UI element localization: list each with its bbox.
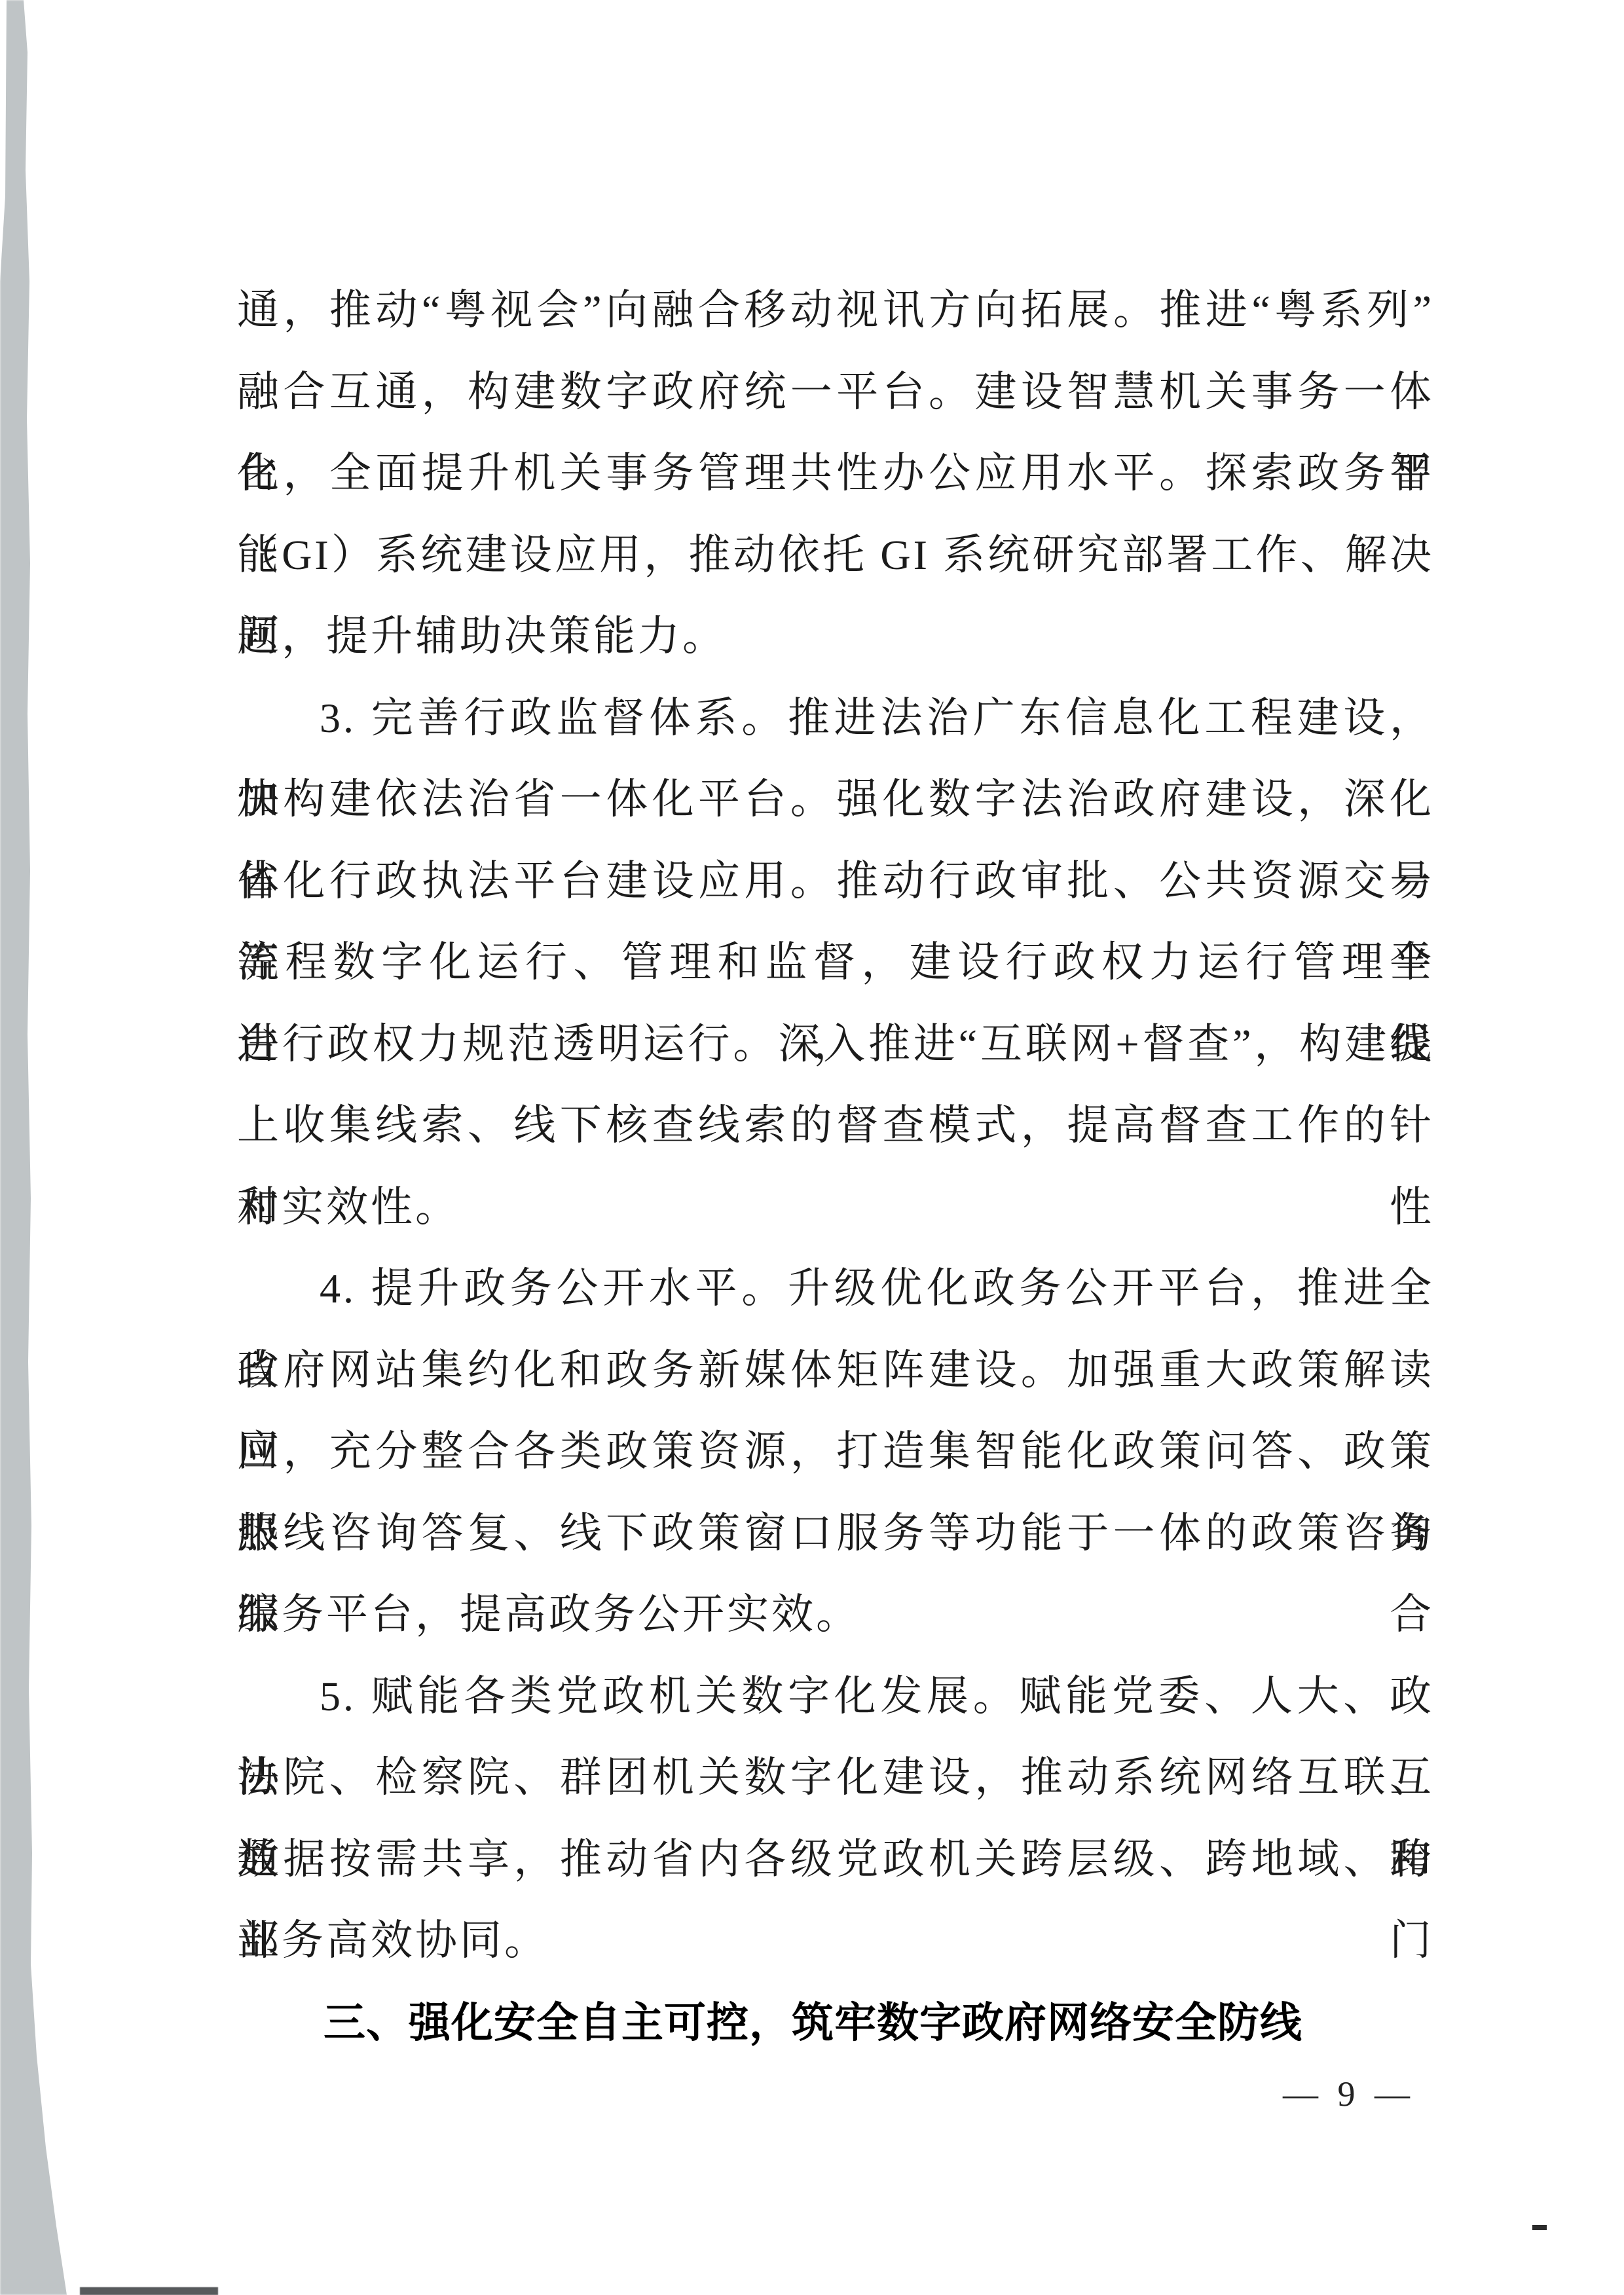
text-line: （GI）系统建设应用，推动依托 GI 系统研究部署工作、解决问 (237, 515, 1434, 597)
section-heading: 三、强化安全自主可控，筑牢数字政府网络安全防线 (237, 1982, 1434, 2064)
text-line: 政府网站集约化和政务新媒体矩阵建设。加强重大政策解读回 (237, 1330, 1434, 1412)
scan-edge-artifact (0, 0, 92, 2295)
text-line: 5. 赋能各类党政机关数字化发展。赋能党委、人大、政协、 (237, 1656, 1434, 1738)
text-line: 台，全面提升机关事务管理共性办公应用水平。探索政务智能 (237, 433, 1434, 515)
text-line: 体化行政执法平台建设应用。推动行政审批、公共资源交易等全 (237, 841, 1434, 923)
text-line: 法院、检察院、群团机关数字化建设，推动系统网络互联互通和 (237, 1737, 1434, 1819)
scan-bottom-artifact (80, 2287, 218, 2295)
text-line: 上收集线索、线下核查线索的督查模式，提高督查工作的针对性 (237, 1085, 1434, 1167)
text-line: 通，推动“粤视会”向融合移动视讯方向拓展。推进“粤系列” (237, 270, 1434, 352)
text-line: 3. 完善行政监督体系。推进法治广东信息化工程建设，加 (237, 678, 1434, 760)
text-line: 题，提升辅助决策能力。 (237, 596, 1434, 678)
text-line: 4. 提升政务公开水平。升级优化政务公开平台，推进全省 (237, 1248, 1434, 1330)
text-line: 数据按需共享，推动省内各级党政机关跨层级、跨地域、跨部门 (237, 1819, 1434, 1901)
text-line: 流程数字化运行、管理和监督，建设行政权力运行管理平台，促 (237, 922, 1434, 1004)
page-number: — 9 — (1270, 2068, 1428, 2120)
text-line: 进行政权力规范透明运行。深入推进“互联网+督查”，构建线 (237, 1004, 1434, 1086)
text-line: 快构建依法治省一体化平台。强化数字法治政府建设，深化省一 (237, 759, 1434, 841)
text-line: 融合互通，构建数字政府统一平台。建设智慧机关事务一体化平 (237, 352, 1434, 433)
document-body: 通，推动“粤视会”向融合移动视讯方向拓展。推进“粤系列”融合互通，构建数字政府统… (237, 270, 1434, 2063)
text-line: 热线咨询答复、线下政策窗口服务等功能于一体的政策咨询综合 (237, 1493, 1434, 1575)
document-page: 通，推动“粤视会”向融合移动视讯方向拓展。推进“粤系列”融合互通，构建数字政府统… (0, 0, 1624, 2295)
text-line: 应，充分整合各类政策资源，打造集智能化政策问答、政策服务 (237, 1411, 1434, 1493)
scan-speck (1532, 2225, 1547, 2230)
